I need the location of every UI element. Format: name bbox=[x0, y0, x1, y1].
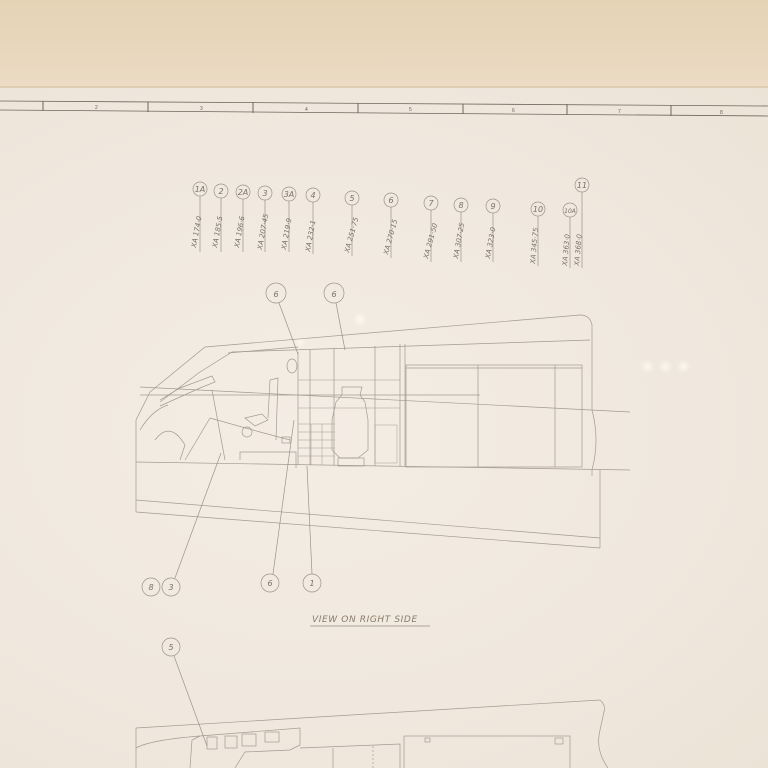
station-2A: 2A XA 196·6 bbox=[233, 185, 250, 252]
svg-text:XA 207·45: XA 207·45 bbox=[256, 213, 270, 252]
svg-text:6: 6 bbox=[388, 196, 393, 205]
callout-6-bottom: 6 bbox=[261, 420, 294, 592]
station-5: 5 XA 251·75 bbox=[343, 191, 361, 256]
svg-text:7: 7 bbox=[618, 109, 621, 115]
svg-text:6: 6 bbox=[267, 579, 272, 588]
svg-text:VIEW ON RIGHT SIDE: VIEW ON RIGHT SIDE bbox=[312, 615, 418, 625]
station-3A: 3A XA 219·9 bbox=[280, 187, 296, 252]
svg-text:3: 3 bbox=[168, 583, 173, 592]
svg-text:6: 6 bbox=[512, 108, 515, 114]
svg-text:5: 5 bbox=[349, 194, 354, 203]
svg-text:3: 3 bbox=[262, 189, 267, 198]
svg-text:XA 174·0: XA 174·0 bbox=[190, 215, 204, 249]
svg-text:1A: 1A bbox=[195, 185, 206, 194]
svg-text:11: 11 bbox=[577, 181, 587, 190]
station-3: 3 XA 207·45 bbox=[256, 186, 272, 252]
zone-strip bbox=[0, 101, 768, 116]
svg-text:10A: 10A bbox=[564, 208, 576, 215]
svg-text:XA 251·75: XA 251·75 bbox=[343, 216, 361, 255]
svg-text:XA 196·6: XA 196·6 bbox=[233, 215, 247, 249]
svg-text:XA 219·9: XA 219·9 bbox=[280, 217, 294, 251]
svg-text:4: 4 bbox=[305, 107, 308, 113]
svg-text:5: 5 bbox=[409, 107, 412, 113]
station-9: 9 XA 323·0 bbox=[484, 199, 500, 262]
svg-text:XA 185·5: XA 185·5 bbox=[211, 215, 225, 249]
side-view-callouts: 6 6 8 3 6 1 bbox=[142, 283, 345, 596]
station-7: 7 XA 291·50 bbox=[422, 196, 440, 262]
svg-text:XA 291·50: XA 291·50 bbox=[422, 222, 440, 261]
callout-6-top-left: 6 bbox=[266, 283, 298, 354]
svg-text:XA 307·25: XA 307·25 bbox=[452, 222, 466, 261]
station-2: 2 XA 185·5 bbox=[211, 184, 228, 252]
svg-text:6: 6 bbox=[273, 290, 278, 299]
cockpit-plan-view bbox=[136, 700, 608, 768]
svg-text:XA 270·15: XA 270·15 bbox=[382, 218, 400, 257]
station-10: 10 XA 345·75 bbox=[529, 202, 545, 266]
svg-text:XA 232·1: XA 232·1 bbox=[304, 220, 318, 254]
cockpit-side-view bbox=[136, 315, 630, 548]
svg-text:2A: 2A bbox=[238, 188, 249, 197]
svg-text:XA 345·75: XA 345·75 bbox=[529, 227, 540, 265]
callout-6-top-right: 6 bbox=[324, 283, 345, 350]
station-11: 11 XA 368·0 bbox=[573, 178, 589, 268]
svg-text:4: 4 bbox=[310, 191, 315, 200]
station-6: 6 XA 270·15 bbox=[382, 193, 400, 258]
svg-text:5: 5 bbox=[168, 643, 173, 652]
callout-1: 1 bbox=[303, 466, 321, 592]
zone-labels: 2 3 4 5 6 7 8 bbox=[95, 105, 723, 116]
plan-view-callouts: 5 bbox=[162, 638, 207, 746]
svg-text:10: 10 bbox=[533, 205, 543, 214]
callout-8: 8 bbox=[142, 578, 160, 596]
svg-text:3: 3 bbox=[200, 106, 203, 112]
svg-text:7: 7 bbox=[428, 199, 434, 208]
view-caption: VIEW ON RIGHT SIDE bbox=[310, 615, 430, 626]
station-4: 4 XA 232·1 bbox=[304, 188, 320, 254]
svg-text:XA 323·0: XA 323·0 bbox=[484, 226, 498, 260]
svg-text:8: 8 bbox=[148, 583, 153, 592]
station-1A: 1A XA 174·0 bbox=[190, 182, 207, 252]
callout-3: 3 bbox=[162, 453, 221, 596]
svg-text:1: 1 bbox=[309, 579, 314, 588]
svg-text:2: 2 bbox=[218, 187, 223, 196]
svg-text:9: 9 bbox=[490, 202, 495, 211]
technical-drawing: 2 3 4 5 6 7 8 1A XA 174·0 2 XA 185·5 2A … bbox=[0, 0, 768, 768]
svg-text:6: 6 bbox=[331, 290, 336, 299]
station-callouts: 1A XA 174·0 2 XA 185·5 2A XA 196·6 3 XA … bbox=[190, 178, 589, 268]
svg-text:3A: 3A bbox=[284, 190, 295, 199]
callout-5-plan: 5 bbox=[162, 638, 207, 746]
svg-text:8: 8 bbox=[458, 201, 463, 210]
svg-text:8: 8 bbox=[720, 110, 723, 116]
svg-text:2: 2 bbox=[95, 105, 98, 111]
station-8: 8 XA 307·25 bbox=[452, 198, 468, 262]
